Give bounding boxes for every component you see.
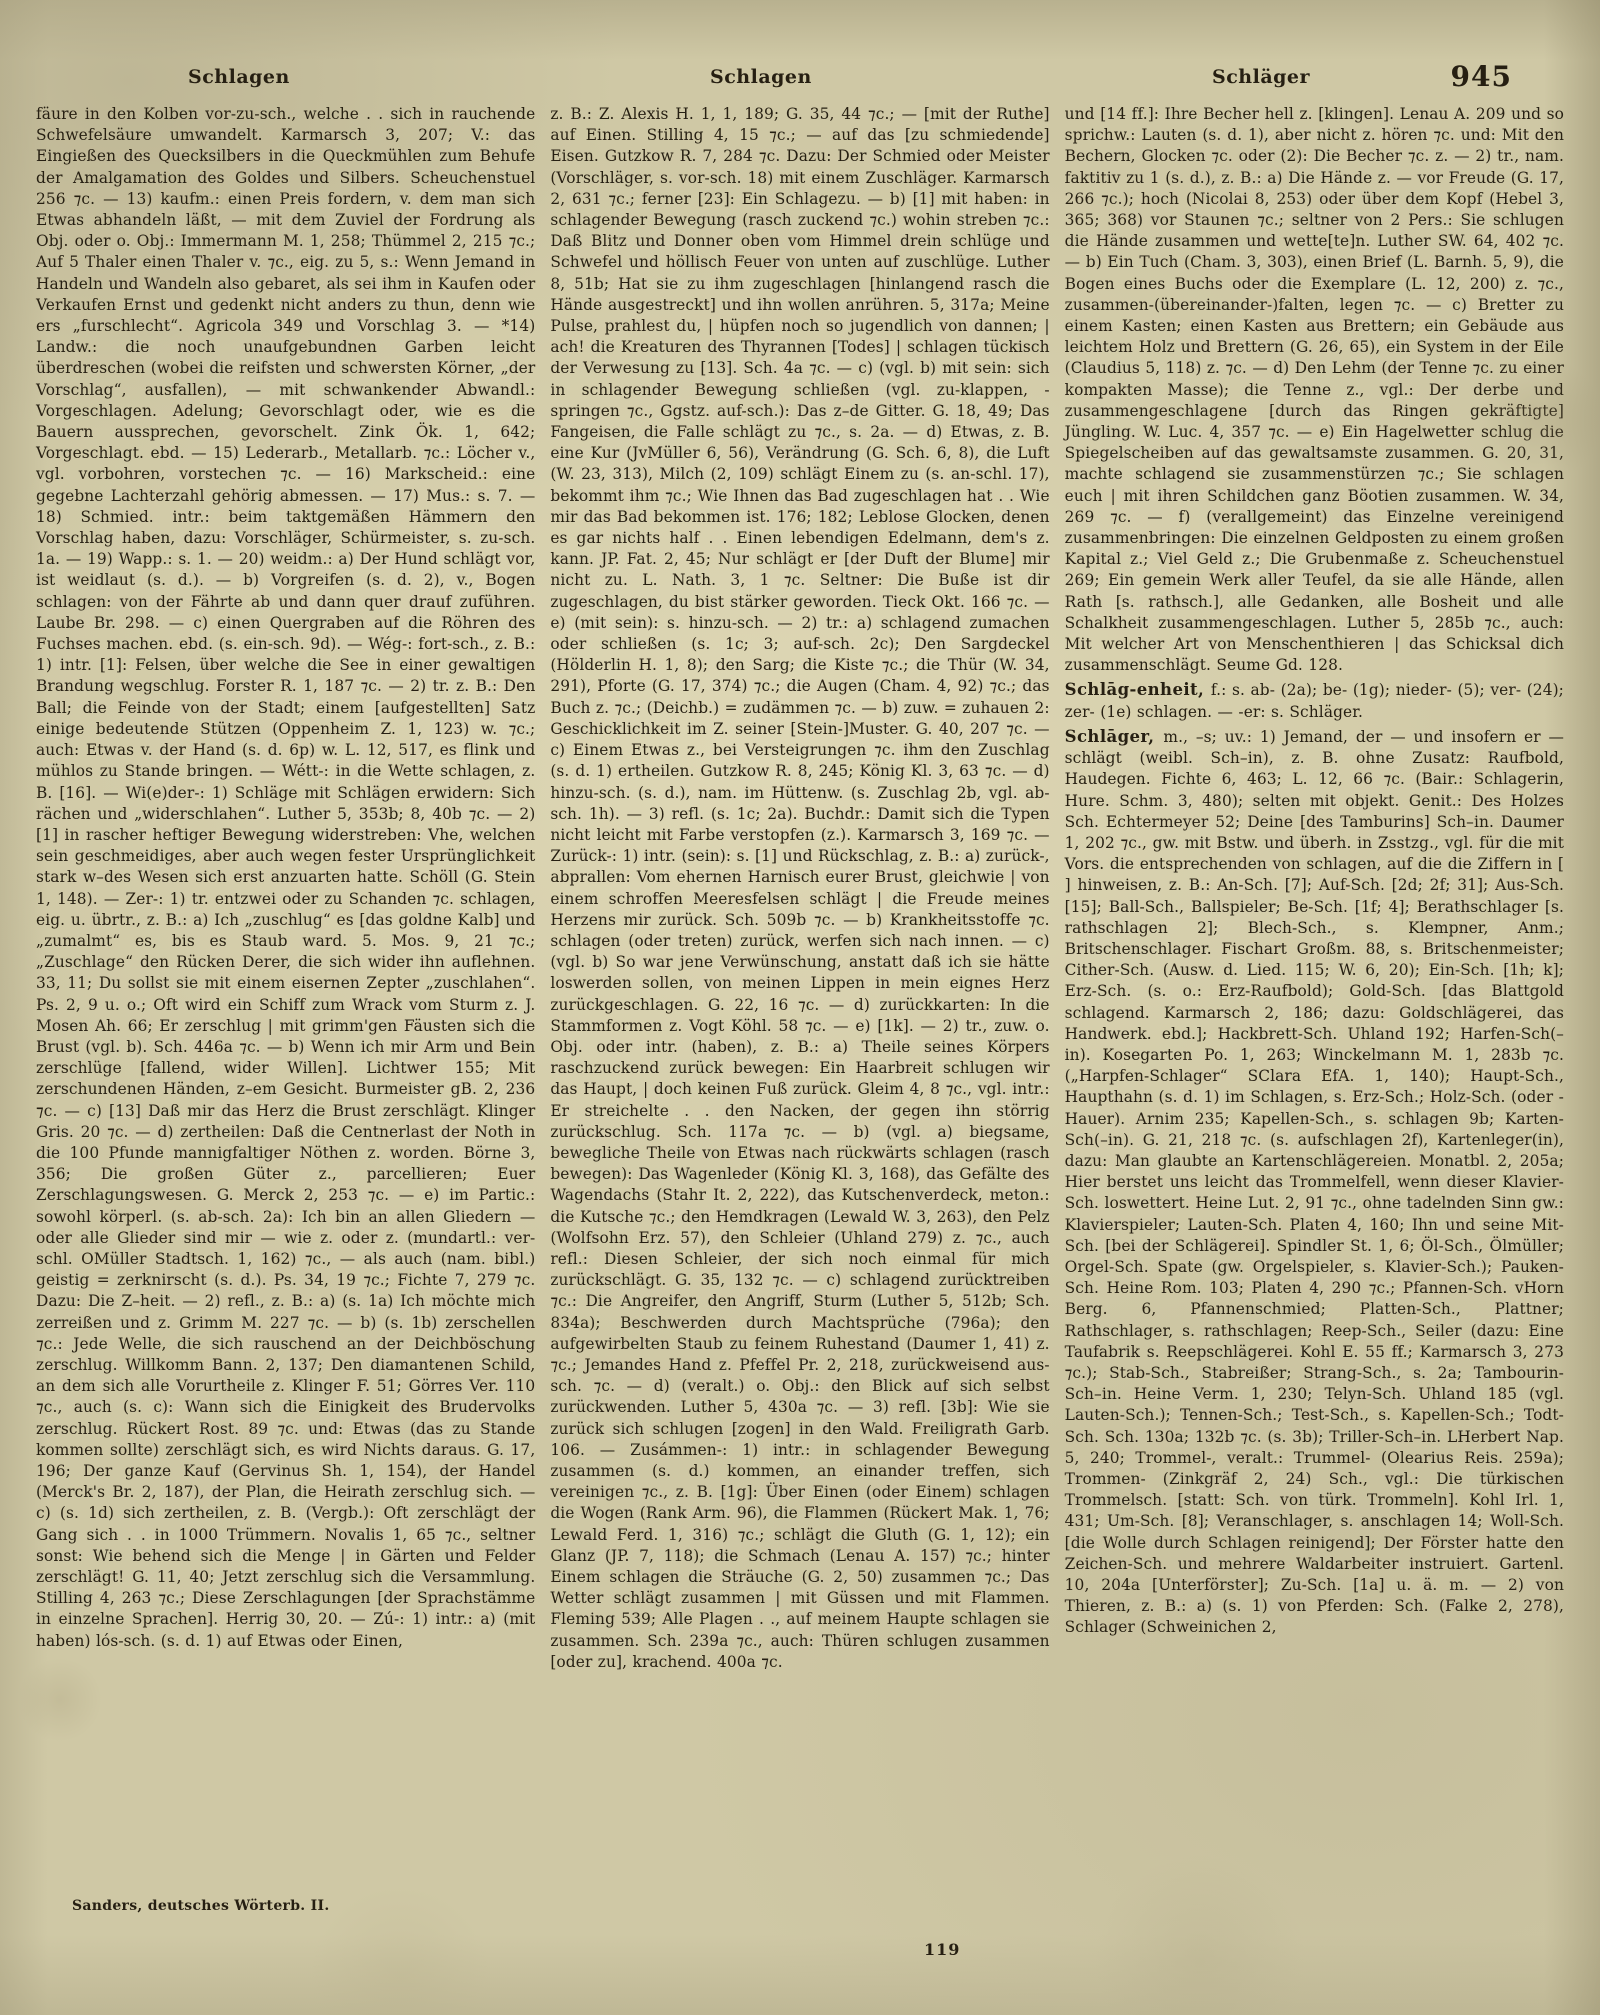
entry-schlaeger-body: m., –s; uv.: 1) Jemand, der — und insofe… bbox=[1065, 728, 1564, 1637]
text-block: fäure in den Kolben vor-zu-sch., welche … bbox=[36, 104, 1564, 1914]
entry-schlagenheit: Schlāg-enheit, f.: s. ab- (2a); be- (1g)… bbox=[1065, 679, 1564, 722]
column-1: fäure in den Kolben vor-zu-sch., welche … bbox=[36, 104, 535, 1914]
headword-schlagenheit: Schlāg-enheit, bbox=[1065, 680, 1211, 699]
sheet-number: 119 bbox=[924, 1940, 960, 1959]
running-head-center: Schlagen bbox=[710, 66, 812, 88]
running-head-right: Schläger bbox=[1212, 66, 1310, 88]
column-2: z. B.: Z. Alexis H. 1, 1, 189; G. 35, 44… bbox=[550, 104, 1049, 1914]
entry-schlaeger: Schlāger, m., –s; uv.: 1) Jemand, der — … bbox=[1065, 726, 1564, 1639]
running-head: Schlagen Schlagen Schläger 945 bbox=[0, 66, 1600, 100]
entry-vorschlagen-continuation: fäure in den Kolben vor-zu-sch., welche … bbox=[36, 104, 535, 1652]
page-number: 945 bbox=[1451, 60, 1512, 93]
dictionary-page: Schlagen Schlagen Schläger 945 fäure in … bbox=[0, 0, 1600, 2015]
entry-zusammenschlagen-continuation: und [14 ff.]: Ihre Becher hell z. [kling… bbox=[1065, 104, 1564, 676]
printer-signature: Sanders, deutsches Wörterb. II. bbox=[72, 1898, 330, 1914]
headword-schlaeger: Schlāger, bbox=[1065, 727, 1164, 746]
entry-zuschlagen: z. B.: Z. Alexis H. 1, 1, 189; G. 35, 44… bbox=[550, 104, 1049, 1673]
column-3: und [14 ff.]: Ihre Becher hell z. [kling… bbox=[1065, 104, 1564, 1914]
running-head-left: Schlagen bbox=[188, 66, 290, 88]
